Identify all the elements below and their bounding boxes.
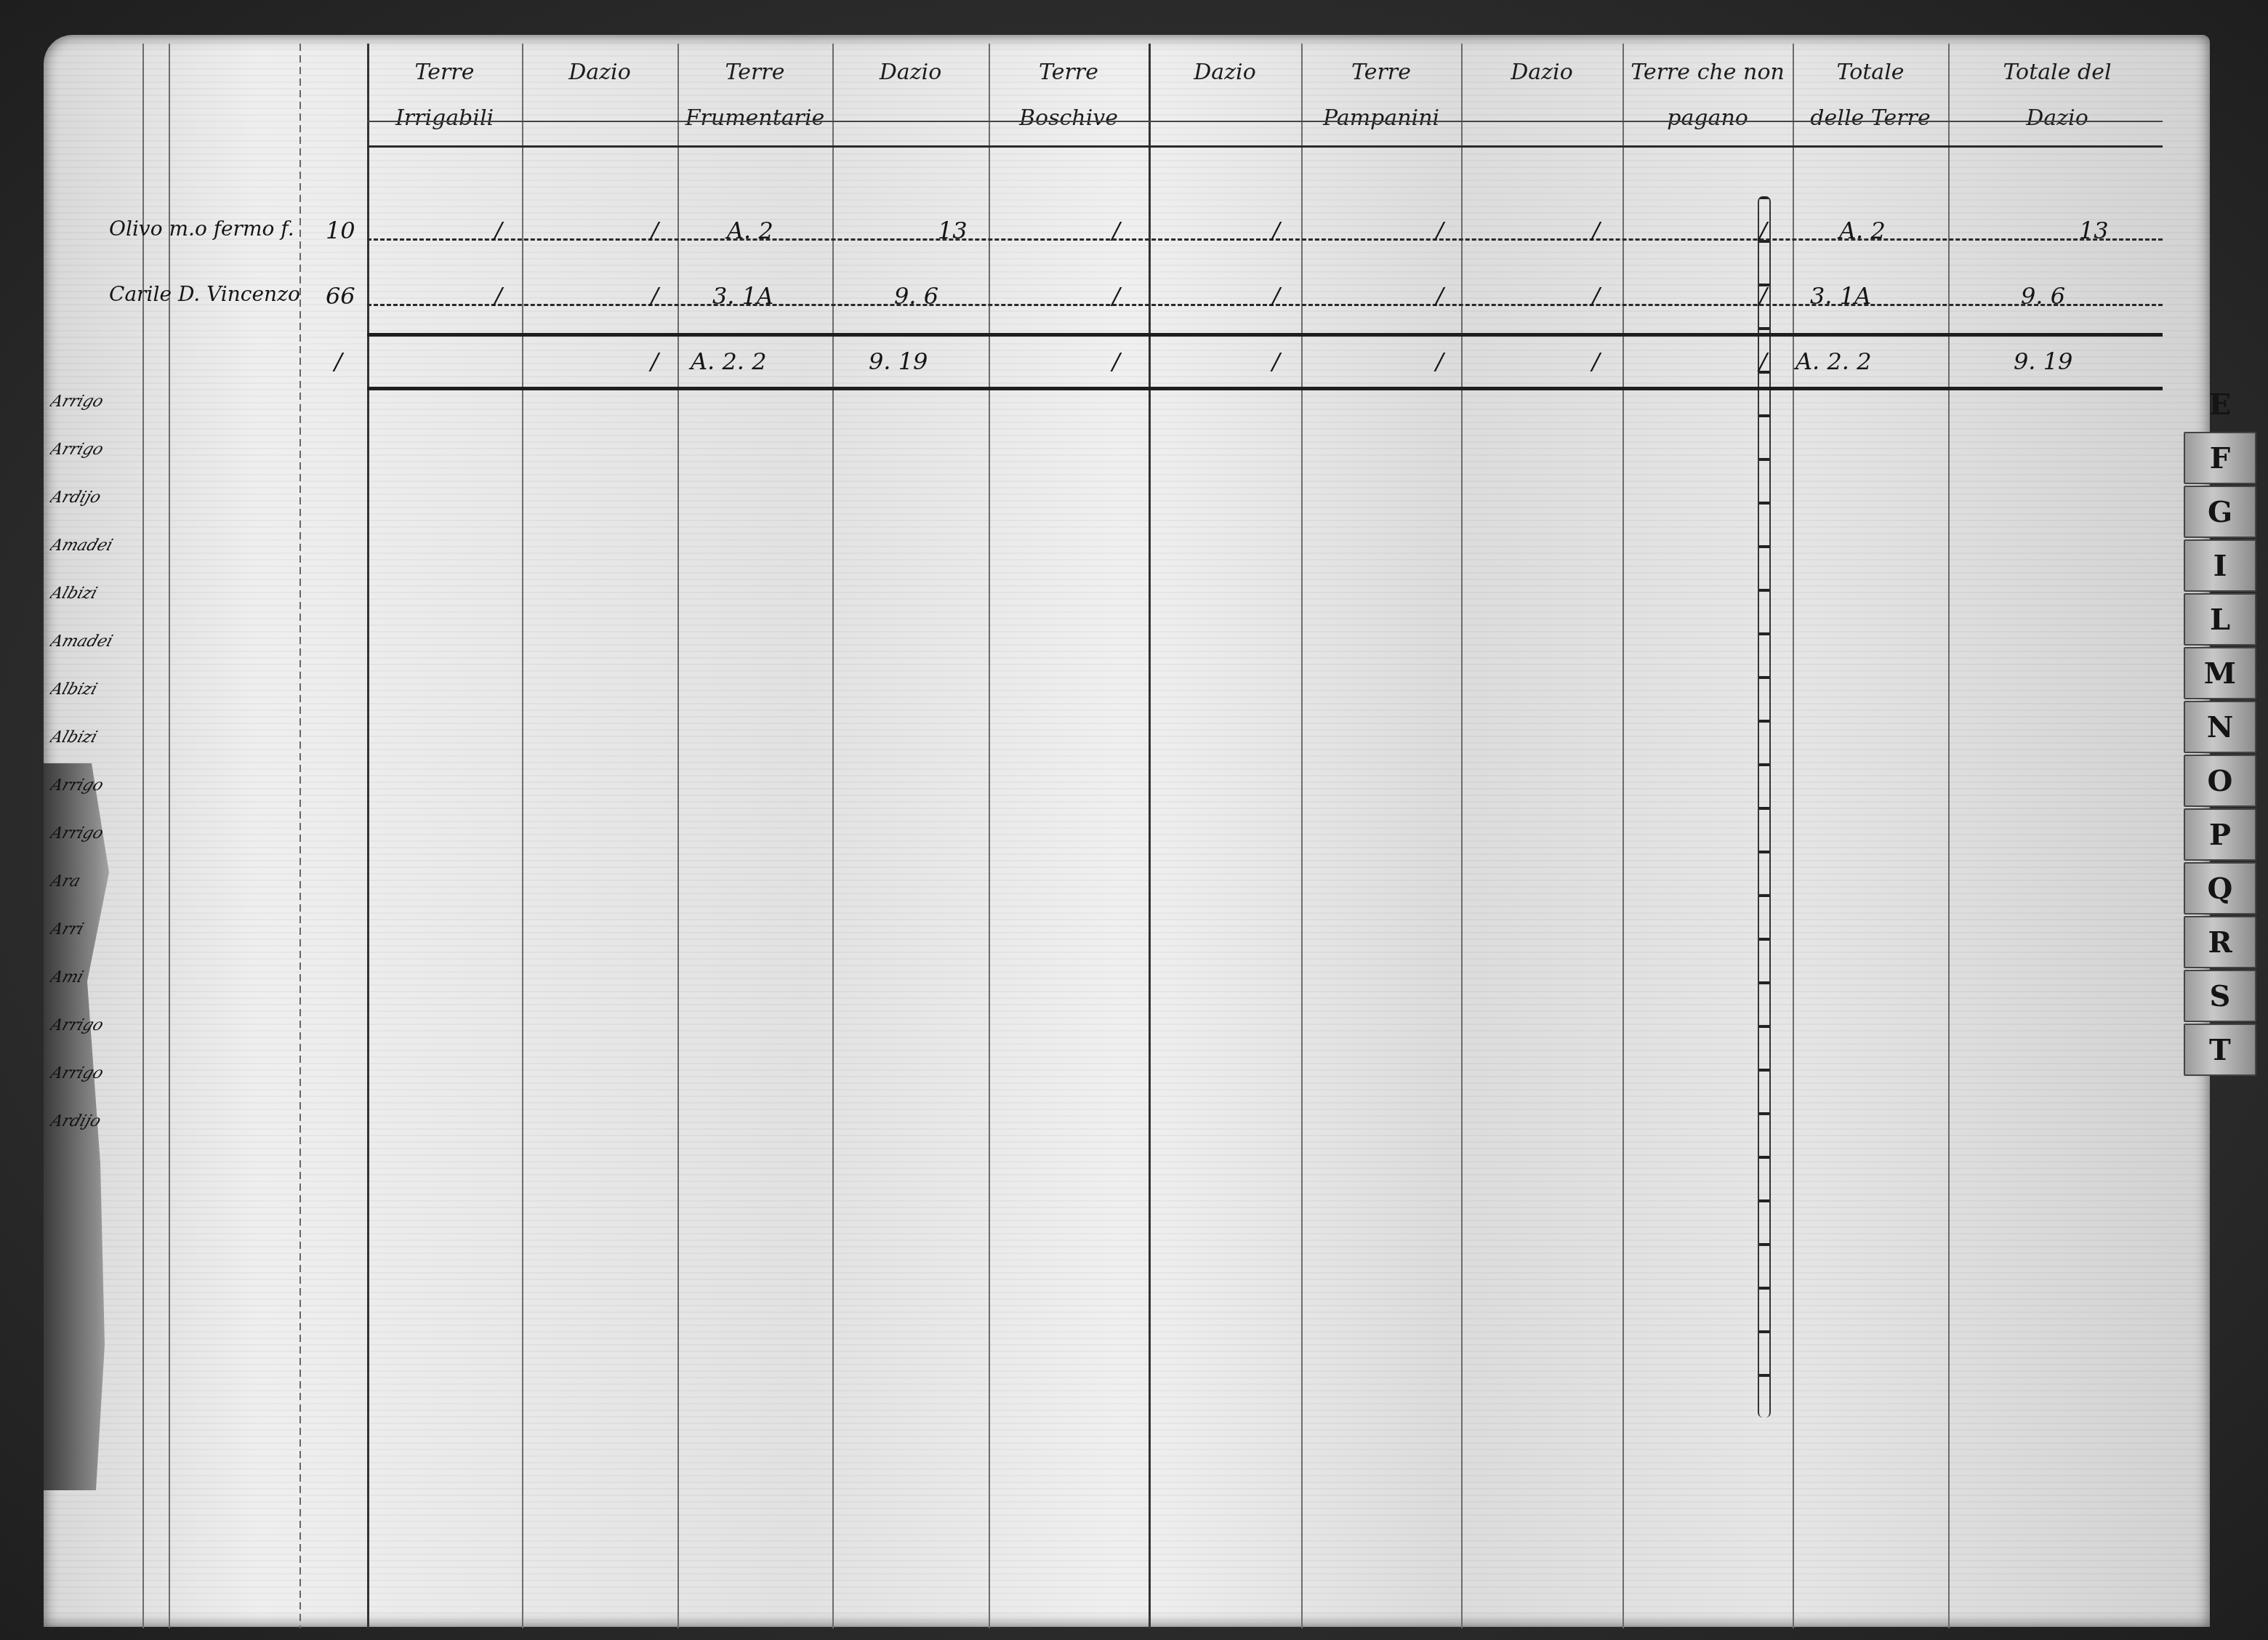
margin-name: Arri <box>43 906 138 954</box>
cell-terre-boschive: / <box>1112 217 1120 244</box>
cell-dazio-2: 9. 6 <box>894 282 938 310</box>
totals-row: / / A. 2. 2 9. 19 / / / / / A. 2. 2 9. 1… <box>0 342 2268 382</box>
alphabet-index-tabs: E F G I L M N O P Q R S T <box>2184 378 2256 1077</box>
header-dazio-3: Dazio <box>1149 44 1301 160</box>
totals-rule-top <box>367 333 2163 337</box>
entry-name: Carile D. Vincenzo <box>109 282 300 306</box>
index-tab-i[interactable]: I <box>2184 539 2256 592</box>
margin-name: Arrigo <box>43 810 138 858</box>
margin-name: Arrigo <box>43 1050 138 1098</box>
index-tab-q[interactable]: Q <box>2184 862 2256 915</box>
totals-rule-bottom <box>367 387 2163 390</box>
leader-dots <box>367 238 2163 241</box>
header-dazio-2: Dazio <box>832 44 989 160</box>
leader-dots <box>367 304 2163 306</box>
total-totale-terre: A. 2. 2 <box>1795 347 1872 375</box>
header-terre-boschive: Terre Boschive <box>989 44 1149 160</box>
cell-dazio-4: / <box>1592 217 1600 244</box>
index-tab-r[interactable]: R <box>2184 916 2256 968</box>
cell-terre-pampanini: / <box>1436 217 1444 244</box>
ledger-entry-row: Carile D. Vincenzo 66 / / 3. 1A 9. 6 / /… <box>0 276 2268 317</box>
cell-terre-che-non-pagano: / <box>1759 282 1767 310</box>
cell-totale-dazio: 9. 6 <box>2021 282 2065 310</box>
margin-name: Ardijo <box>43 474 138 522</box>
index-tab-t[interactable]: T <box>2184 1024 2256 1076</box>
header-terre-pampanini: Terre Pampanini <box>1301 44 1461 160</box>
index-tab-g[interactable]: G <box>2184 486 2256 538</box>
total-dazio-4: / <box>1592 347 1600 375</box>
header-terre-frumentarie: Terre Frumentarie <box>677 44 832 160</box>
header-totale-terre: Totale delle Terre <box>1793 44 1948 160</box>
index-tab-e[interactable]: E <box>2184 378 2256 430</box>
index-tab-p[interactable]: P <box>2184 808 2256 861</box>
total-terre-pampanini: / <box>1436 347 1444 375</box>
cell-dazio-1: / <box>651 217 659 244</box>
margin-name: Amadei <box>43 618 138 666</box>
cell-dazio-1: / <box>651 282 659 310</box>
index-tab-l[interactable]: L <box>2184 593 2256 646</box>
cell-terre-che-non-pagano: / <box>1759 217 1767 244</box>
cell-terre-frumentarie: 3. 1A <box>712 282 773 310</box>
margin-name: Albizi <box>43 666 138 714</box>
margin-name: Arrigo <box>43 426 138 474</box>
margin-name-list: Arrigo Arrigo Ardijo Amadei Albizi Amade… <box>51 378 131 1146</box>
cell-dazio-3: / <box>1272 282 1280 310</box>
cell-dazio-4: / <box>1592 282 1600 310</box>
cell-totale-terre: A. 2 <box>1839 217 1886 244</box>
margin-name: Ara <box>43 858 138 906</box>
ledger-entry-row: Olivo m.o fermo f. 10 / / A. 2 13 / / / … <box>0 211 2268 252</box>
cell-terre-frumentarie: A. 2 <box>727 217 773 244</box>
cell-terre-boschive: / <box>1112 282 1120 310</box>
header-dazio-4: Dazio <box>1461 44 1622 160</box>
total-terre-boschive: / <box>1112 347 1120 375</box>
header-underline <box>367 145 2163 148</box>
column-header-row: Terre Irrigabili Dazio Terre Frumentarie… <box>0 44 2268 160</box>
header-midline <box>367 121 2163 122</box>
cell-terre-irrigabili: / <box>494 217 502 244</box>
index-tab-f[interactable]: F <box>2184 432 2256 484</box>
header-terre-irrigabili: Terre Irrigabili <box>367 44 522 160</box>
margin-name: Albizi <box>43 714 138 762</box>
total-terre-irrigabili: / <box>334 347 342 375</box>
cell-dazio-3: / <box>1272 217 1280 244</box>
total-terre-che-non-pagano: / <box>1759 347 1767 375</box>
entry-page: 66 <box>326 282 355 310</box>
total-dazio-2: 9. 19 <box>869 347 928 375</box>
header-totale-dazio: Totale del Dazio <box>1948 44 2166 160</box>
cell-totale-terre: 3. 1A <box>1810 282 1871 310</box>
header-terre-che-non-pagano: Terre che non pagano <box>1622 44 1793 160</box>
header-dazio-1: Dazio <box>522 44 677 160</box>
total-totale-dazio: 9. 19 <box>2014 347 2072 375</box>
index-tab-n[interactable]: N <box>2184 701 2256 753</box>
index-tab-s[interactable]: S <box>2184 970 2256 1022</box>
total-dazio-3: / <box>1272 347 1280 375</box>
entry-page: 10 <box>326 217 355 244</box>
cell-terre-pampanini: / <box>1436 282 1444 310</box>
cell-terre-irrigabili: / <box>494 282 502 310</box>
margin-name: Ami <box>43 954 138 1002</box>
margin-name: Arrigo <box>43 762 138 810</box>
margin-name: Arrigo <box>43 378 138 426</box>
index-tab-o[interactable]: O <box>2184 755 2256 807</box>
margin-name: Arrigo <box>43 1002 138 1050</box>
margin-name: Amadei <box>43 522 138 570</box>
index-tab-m[interactable]: M <box>2184 647 2256 699</box>
margin-name: Albizi <box>43 570 138 618</box>
margin-name: Ardijo <box>43 1098 138 1146</box>
entry-name: Olivo m.o fermo f. <box>109 217 294 241</box>
cell-dazio-2: 13 <box>938 217 968 244</box>
total-dazio-1: / <box>651 347 659 375</box>
total-terre-frumentarie: A. 2. 2 <box>691 347 767 375</box>
cell-totale-dazio: 13 <box>2079 217 2109 244</box>
